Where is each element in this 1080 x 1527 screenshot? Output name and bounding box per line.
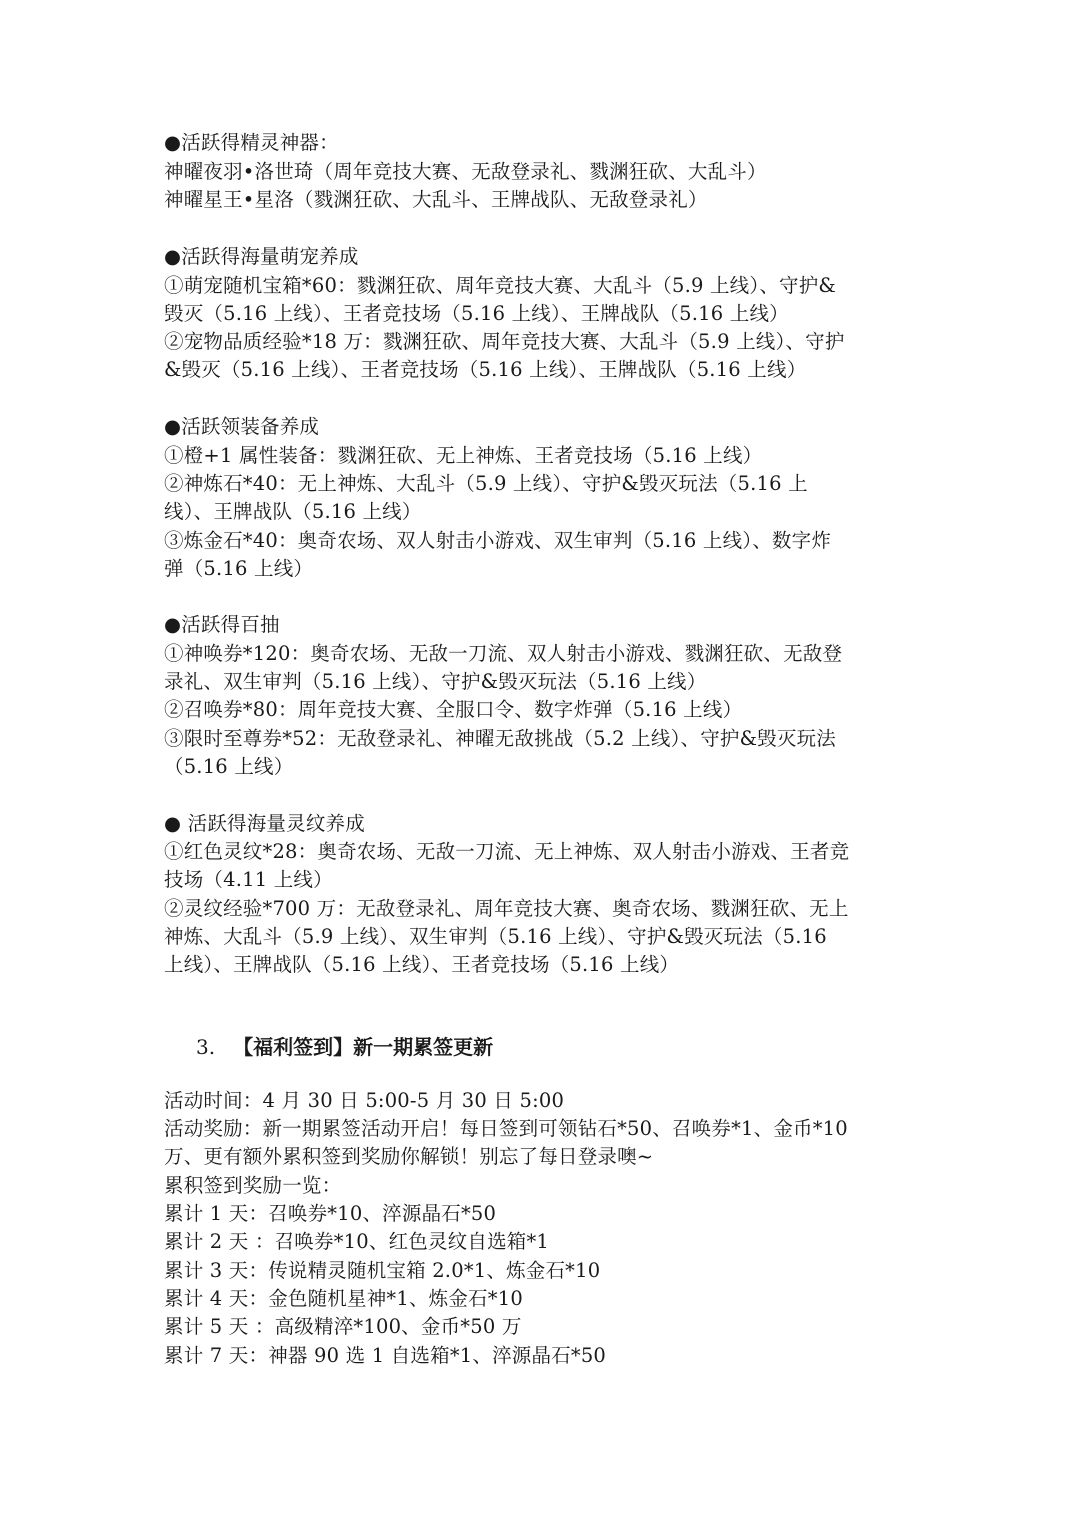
section-line: ①红色灵纹*28：奥奇农场、无敌一刀流、无上神炼、双人射击小游戏、王者竞 xyxy=(164,838,849,866)
section-line: 上线）、王牌战队（5.16 上线）、王者竞技场（5.16 上线） xyxy=(164,951,679,979)
section-line: ②召唤券*80：周年竞技大赛、全服口令、数字炸弹（5.16 上线） xyxy=(164,696,742,724)
reward-day-4: 累计 4 天：金色随机星神*1、炼金石*10 xyxy=(164,1285,523,1313)
heading-title: 【福利签到】新一期累签更新 xyxy=(233,1035,493,1059)
section-line: ①萌宠随机宝箱*60：戮渊狂砍、周年竞技大赛、大乱斗（5.9 上线）、守护& xyxy=(164,272,836,300)
section-line: ③炼金石*40：奥奇农场、双人射击小游戏、双生审判（5.16 上线）、数字炸 xyxy=(164,527,831,555)
section-title-artifact: ●活跃得精灵神器： xyxy=(164,129,339,157)
section-line: 录礼、双生审判（5.16 上线）、守护&毁灭玩法（5.16 上线） xyxy=(164,668,706,696)
reward-day-5: 累计 5 天 ：高级精淬*100、金币*50 万 xyxy=(164,1313,522,1341)
section-line: ①橙+1 属性装备：戮渊狂砍、无上神炼、王者竞技场（5.16 上线） xyxy=(164,442,762,470)
section-line: （5.16 上线） xyxy=(164,753,293,781)
section-line: ②灵纹经验*700 万：无敌登录礼、周年竞技大赛、奥奇农场、戮渊狂砍、无上 xyxy=(164,895,849,923)
section-line: ②神炼石*40：无上神炼、大乱斗（5.9 上线）、守护&毁灭玩法（5.16 上 xyxy=(164,470,808,498)
section-line: 神曜星王•星洛（戮渊狂砍、大乱斗、王牌战队、无敌登录礼） xyxy=(164,186,708,214)
section-line: ③限时至尊券*52：无敌登录礼、神曜无敌挑战（5.2 上线）、守护&毁灭玩法 xyxy=(164,725,836,753)
section-line: 毁灭（5.16 上线）、王者竞技场（5.16 上线）、王牌战队（5.16 上线） xyxy=(164,300,789,328)
section-title-runes: ● 活跃得海量灵纹养成 xyxy=(164,810,365,838)
section-line: &毁灭（5.16 上线）、王者竞技场（5.16 上线）、王牌战队（5.16 上线… xyxy=(164,356,806,384)
section-line: 技场（4.11 上线） xyxy=(164,866,333,894)
reward-day-3: 累计 3 天：传说精灵随机宝箱 2.0*1、炼金石*10 xyxy=(164,1257,600,1285)
heading-signin: 3.【福利签到】新一期累签更新 xyxy=(196,1033,493,1061)
section-line: 线）、王牌战队（5.16 上线） xyxy=(164,498,422,526)
document-page: ●活跃得精灵神器： 神曜夜羽•洛世琦（周年竞技大赛、无敌登录礼、戮渊狂砍、大乱斗… xyxy=(0,0,1080,1527)
reward-list-title: 累积签到奖励一览： xyxy=(164,1172,341,1200)
section-line: ②宠物品质经验*18 万：戮渊狂砍、周年竞技大赛、大乱斗（5.9 上线）、守护 xyxy=(164,328,845,356)
reward-day-7: 累计 7 天：神器 90 选 1 自选箱*1、淬源晶石*50 xyxy=(164,1342,606,1370)
section-title-equipment: ●活跃领装备养成 xyxy=(164,413,319,441)
section-line: 神曜夜羽•洛世琦（周年竞技大赛、无敌登录礼、戮渊狂砍、大乱斗） xyxy=(164,158,767,186)
section-title-draws: ●活跃得百抽 xyxy=(164,611,280,639)
section-line: 神炼、大乱斗（5.9 上线）、双生审判（5.16 上线）、守护&毁灭玩法（5.1… xyxy=(164,923,827,951)
activity-reward-cont: 万、更有额外累积签到奖励你解锁！别忘了每日登录噢~ xyxy=(164,1143,653,1171)
section-line: 弹（5.16 上线） xyxy=(164,555,313,583)
reward-day-2: 累计 2 天 ：召唤券*10、红色灵纹自选箱*1 xyxy=(164,1228,549,1256)
heading-number: 3. xyxy=(196,1035,215,1059)
section-title-pet: ●活跃得海量萌宠养成 xyxy=(164,243,359,271)
section-line: ①神唤券*120：奥奇农场、无敌一刀流、双人射击小游戏、戮渊狂砍、无敌登 xyxy=(164,640,842,668)
reward-day-1: 累计 1 天：召唤券*10、淬源晶石*50 xyxy=(164,1200,496,1228)
activity-reward: 活动奖励：新一期累签活动开启！每日签到可领钻石*50、召唤券*1、金币*10 xyxy=(164,1115,848,1143)
activity-time: 活动时间：4 月 30 日 5:00-5 月 30 日 5:00 xyxy=(164,1087,564,1115)
